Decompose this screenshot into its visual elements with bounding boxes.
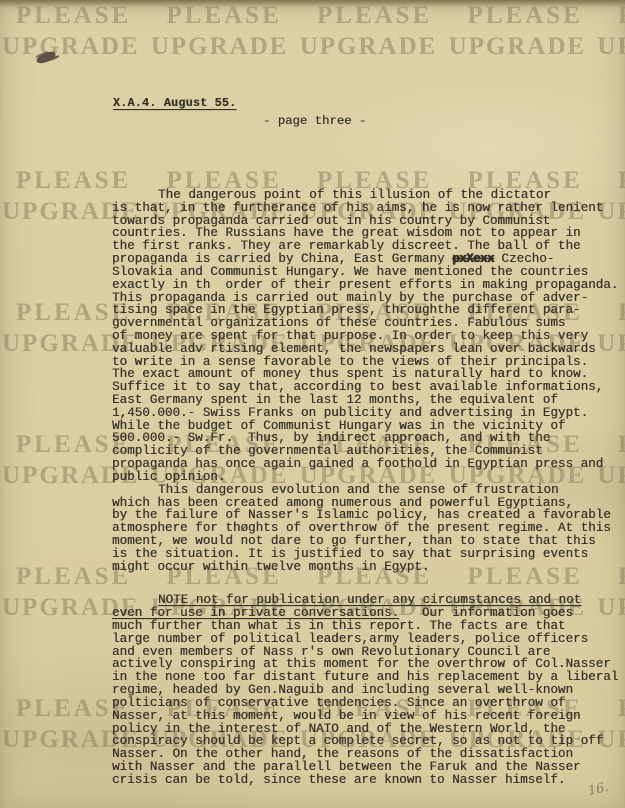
struck-out-word: pxXexx: [452, 252, 494, 266]
strike-suffix: Czecho-: [494, 252, 554, 266]
body-line: is the situation. It is justified to say…: [112, 548, 625, 561]
body-line: valuable adv rtising element, the newspa…: [112, 343, 625, 356]
body-line: exactly in th order of their present eff…: [112, 279, 625, 292]
body-line: East Germany spent in the last 12 months…: [112, 394, 625, 407]
body-line: is that, in the furtherance of his aims,…: [112, 202, 625, 215]
scanned-document-page: PLEASE PLEASE PLEASE PLEASE PLEASE UPGRA…: [0, 0, 625, 808]
body-line: This dangerous evolution and the sense o…: [112, 484, 625, 497]
body-line: Nasser, at this moment, would be in view…: [112, 710, 625, 723]
paragraph-propaganda: The dangerous point of this illusion of …: [112, 189, 625, 484]
watermark-please-line: PLEASE PLEASE PLEASE PLEASE PLEASE: [0, 0, 625, 31]
watermark-upgrade-line: UPGRADE UPGRADE UPGRADE UPGRADE UPGRADE: [0, 31, 625, 62]
body-line-with-strikeout: propaganda is carried by China, East Ger…: [112, 253, 625, 266]
body-line: polticians of conservative tendencies. S…: [112, 697, 625, 710]
page-number-label: - page three -: [263, 114, 366, 128]
body-line: public opinion.: [112, 471, 625, 484]
body-line: 1,450.000.- Swiss Franks on publicity an…: [112, 407, 625, 420]
document-reference: X.A.4. August 55.: [113, 97, 236, 110]
body-line: The dangerous point of this illusion of …: [112, 189, 625, 202]
body-line: propaganda has once again gained a footh…: [112, 458, 625, 471]
body-line: Slovakia and Communist Hungary. We have …: [112, 266, 625, 279]
body-line: regime, headed by Gen.Naguib and includi…: [112, 684, 625, 697]
strike-prefix: propaganda is carried by China, East Ger…: [112, 252, 452, 266]
body-line: large number of political leaders,army l…: [112, 633, 625, 646]
body-line: moment, we would not dare to go further,…: [112, 535, 625, 548]
watermark-row: PLEASE PLEASE PLEASE PLEASE PLEASE UPGRA…: [0, 0, 625, 62]
document-body: The dangerous point of this illusion of …: [112, 189, 625, 787]
body-line: much further than what is in this report…: [112, 620, 625, 633]
body-line: with Nasser and the parallell between th…: [112, 761, 625, 774]
body-line: of money are spent for that purpose. In …: [112, 330, 625, 343]
body-line: crisis can be told, since these are know…: [112, 774, 625, 787]
body-line: might occur within twelve months in Egyp…: [112, 561, 625, 574]
paragraph-frustration: This dangerous evolution and the sense o…: [112, 484, 625, 574]
handwritten-page-mark: 16.: [587, 780, 610, 799]
paragraph-note: NOTE not for publication under any circu…: [112, 594, 625, 786]
